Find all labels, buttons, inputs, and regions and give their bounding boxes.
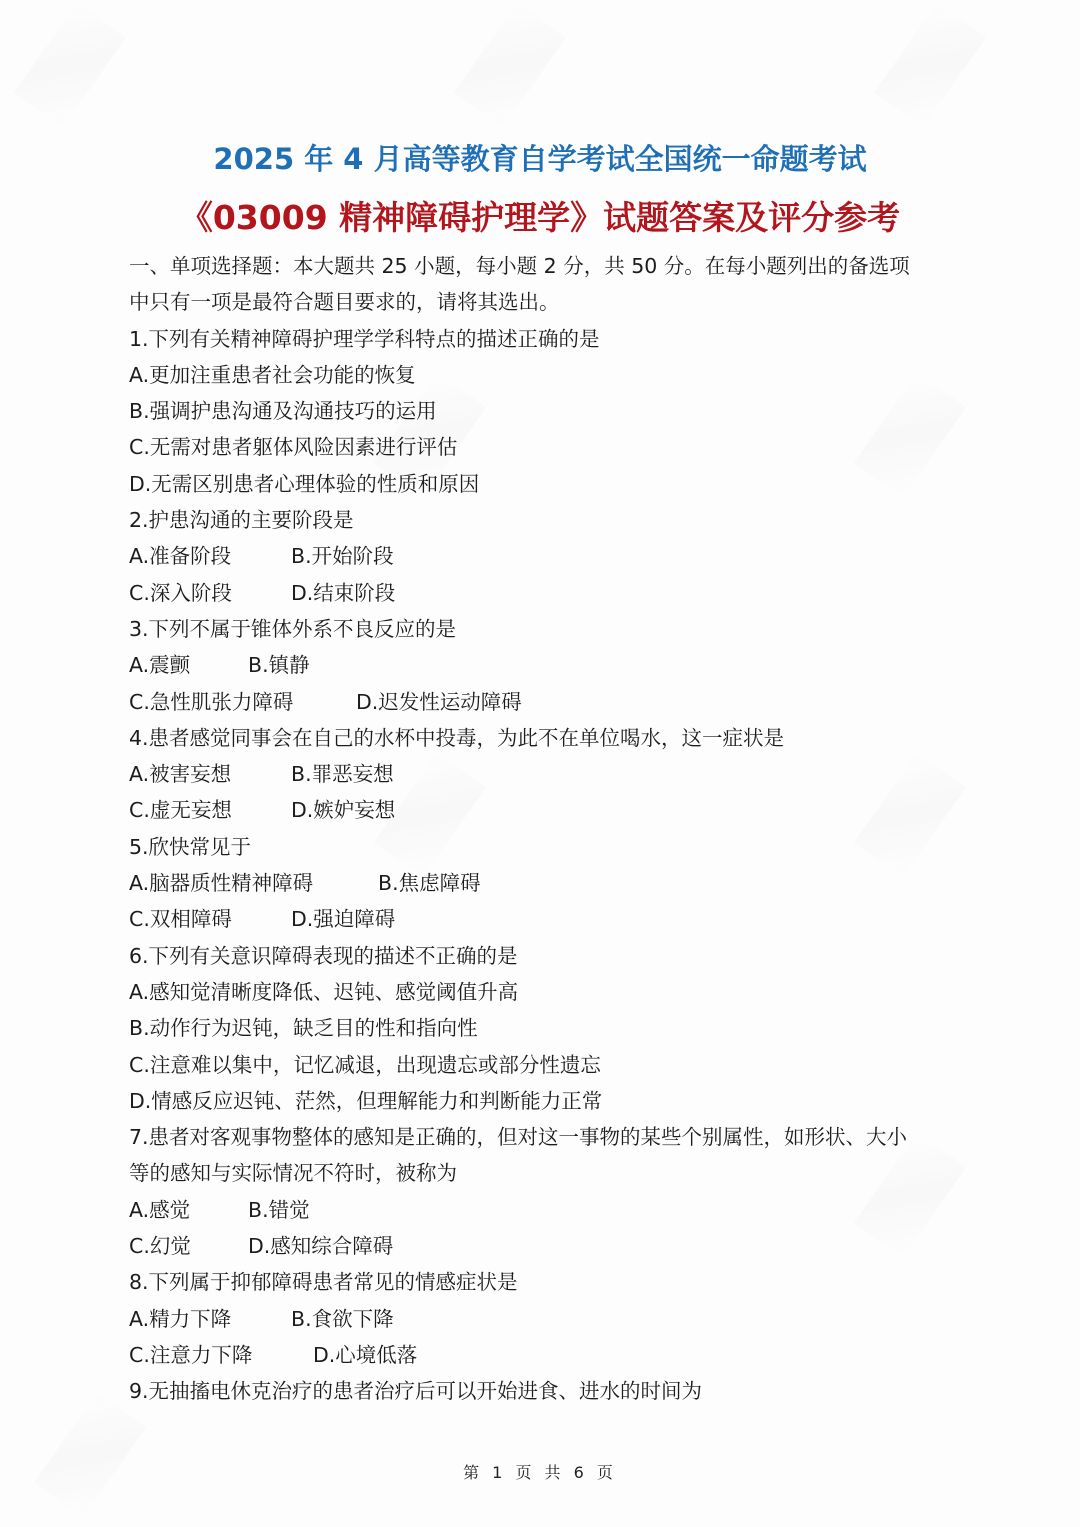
answer-option: D.强迫障碍 <box>291 901 395 937</box>
question-stem: 7.患者对客观事物整体的感知是正确的，但对这一事物的某些个别属性，如形状、大小 <box>129 1119 959 1155</box>
paper-subtitle: 《03009 精神障碍护理学》试题答案及评分参考 <box>0 195 1080 241</box>
option-row: A.脑器质性精神障碍B.焦虑障碍 <box>129 865 959 901</box>
option-row: A.感觉B.错觉 <box>129 1192 959 1228</box>
answer-option: B.错觉 <box>248 1192 310 1228</box>
option-row: A.精力下降B.食欲下降 <box>129 1301 959 1337</box>
answer-option: D.感知综合障碍 <box>248 1228 393 1264</box>
answer-option: D.无需区别患者心理体验的性质和原因 <box>129 466 959 502</box>
answer-option: A.准备阶段 <box>129 538 291 574</box>
question-stem: 4.患者感觉同事会在自己的水杯中投毒，为此不在单位喝水，这一症状是 <box>129 720 959 756</box>
watermark <box>14 3 126 128</box>
answer-option: C.双相障碍 <box>129 901 291 937</box>
option-row: C.急性肌张力障碍D.迟发性运动障碍 <box>129 684 959 720</box>
question-stem: 5.欣快常见于 <box>129 829 959 865</box>
answer-option: A.更加注重患者社会功能的恢复 <box>129 357 959 393</box>
answer-option: C.虚无妄想 <box>129 792 291 828</box>
option-row: C.深入阶段D.结束阶段 <box>129 575 959 611</box>
answer-option: D.迟发性运动障碍 <box>356 684 522 720</box>
answer-option: B.罪恶妄想 <box>291 756 394 792</box>
answer-option: C.幻觉 <box>129 1228 248 1264</box>
answer-option: C.深入阶段 <box>129 575 291 611</box>
question-stem: 3.下列不属于锥体外系不良反应的是 <box>129 611 959 647</box>
answer-option: A.感觉 <box>129 1192 248 1228</box>
answer-option: B.动作行为迟钝，缺乏目的性和指向性 <box>129 1010 959 1046</box>
section-intro: 一、单项选择题：本大题共 25 小题，每小题 2 分，共 50 分。在每小题列出… <box>129 248 959 284</box>
question-list: 一、单项选择题：本大题共 25 小题，每小题 2 分，共 50 分。在每小题列出… <box>129 248 959 1410</box>
answer-option: D.心境低落 <box>313 1337 417 1373</box>
option-row: C.注意力下降D.心境低落 <box>129 1337 959 1373</box>
section-intro: 中只有一项是最符合题目要求的，请将其选出。 <box>129 284 959 320</box>
answer-option: C.注意难以集中，记忆减退，出现遗忘或部分性遗忘 <box>129 1047 959 1083</box>
answer-option: B.强调护患沟通及沟通技巧的运用 <box>129 393 959 429</box>
option-row: C.幻觉D.感知综合障碍 <box>129 1228 959 1264</box>
answer-option: A.震颤 <box>129 647 248 683</box>
answer-option: A.感知觉清晰度降低、迟钝、感觉阈值升高 <box>129 974 959 1010</box>
question-stem: 2.护患沟通的主要阶段是 <box>129 502 959 538</box>
answer-option: B.食欲下降 <box>291 1301 394 1337</box>
option-row: A.准备阶段B.开始阶段 <box>129 538 959 574</box>
answer-option: C.注意力下降 <box>129 1337 313 1373</box>
answer-option: B.镇静 <box>248 647 310 683</box>
answer-option: C.无需对患者躯体风险因素进行评估 <box>129 429 959 465</box>
answer-option: D.结束阶段 <box>291 575 395 611</box>
question-stem: 8.下列属于抑郁障碍患者常见的情感症状是 <box>129 1264 959 1300</box>
answer-option: D.情感反应迟钝、茫然，但理解能力和判断能力正常 <box>129 1083 959 1119</box>
answer-option: B.开始阶段 <box>291 538 394 574</box>
watermark <box>874 3 986 128</box>
page-indicator: 第 1 页 共 6 页 <box>0 1460 1080 1483</box>
question-stem: 等的感知与实际情况不符时，被称为 <box>129 1155 959 1191</box>
question-stem: 6.下列有关意识障碍表现的描述不正确的是 <box>129 938 959 974</box>
document-page: 2025 年 4 月高等教育自学考试全国统一命题考试 《03009 精神障碍护理… <box>0 0 1080 1527</box>
option-row: C.双相障碍D.强迫障碍 <box>129 901 959 937</box>
question-stem: 9.无抽搐电休克治疗的患者治疗后可以开始进食、进水的时间为 <box>129 1373 959 1409</box>
answer-option: D.嫉妒妄想 <box>291 792 395 828</box>
answer-option: B.焦虑障碍 <box>378 865 481 901</box>
answer-option: A.精力下降 <box>129 1301 291 1337</box>
watermark <box>34 1393 146 1518</box>
option-row: C.虚无妄想D.嫉妒妄想 <box>129 792 959 828</box>
option-row: A.被害妄想B.罪恶妄想 <box>129 756 959 792</box>
question-stem: 1.下列有关精神障碍护理学学科特点的描述正确的是 <box>129 321 959 357</box>
answer-option: A.被害妄想 <box>129 756 291 792</box>
exam-title: 2025 年 4 月高等教育自学考试全国统一命题考试 <box>0 138 1080 180</box>
watermark <box>454 3 566 128</box>
answer-option: C.急性肌张力障碍 <box>129 684 356 720</box>
option-row: A.震颤B.镇静 <box>129 647 959 683</box>
answer-option: A.脑器质性精神障碍 <box>129 865 378 901</box>
